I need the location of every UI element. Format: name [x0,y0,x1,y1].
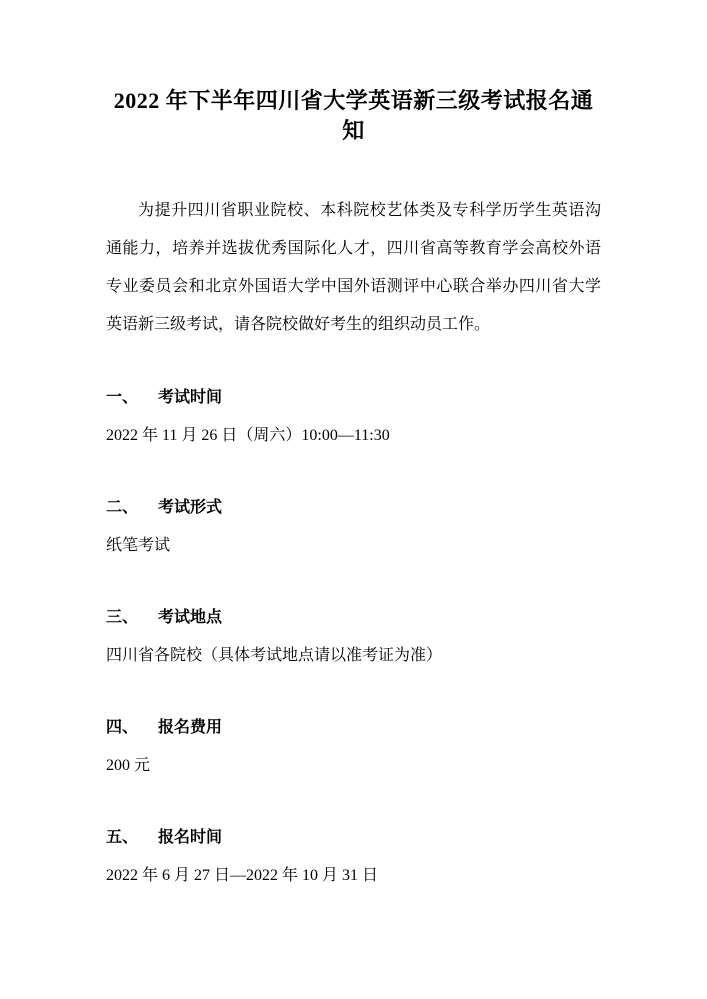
section-label: 考试地点 [158,608,222,628]
section-content: 2022 年 11 月 26 日（周六）10:00—11:30 [106,426,601,446]
section-heading: 四、 报名费用 [106,718,601,738]
section-heading: 五、 报名时间 [106,828,601,848]
section-label: 考试时间 [158,388,222,408]
section-heading: 三、 考试地点 [106,608,601,628]
section-exam-time: 一、 考试时间 2022 年 11 月 26 日（周六）10:00—11:30 [106,388,601,446]
section-content: 四川省各院校（具体考试地点请以准考证为准） [106,646,601,666]
section-heading: 一、 考试时间 [106,388,601,408]
section-exam-format: 二、 考试形式 纸笔考试 [106,498,601,556]
document-page: 2022 年下半年四川省大学英语新三级考试报名通知 为提升四川省职业院校、本科院… [0,0,707,999]
section-registration-time: 五、 报名时间 2022 年 6 月 27 日—2022 年 10 月 31 日 [106,828,601,886]
section-label: 报名费用 [158,718,222,738]
section-number: 三、 [106,608,158,628]
section-content: 2022 年 6 月 27 日—2022 年 10 月 31 日 [106,866,601,886]
section-number: 四、 [106,718,158,738]
section-heading: 二、 考试形式 [106,498,601,518]
intro-paragraph: 为提升四川省职业院校、本科院校艺体类及专科学历学生英语沟通能力，培养并选拔优秀国… [106,192,601,344]
section-number: 二、 [106,498,158,518]
section-content: 200 元 [106,756,601,776]
section-exam-location: 三、 考试地点 四川省各院校（具体考试地点请以准考证为准） [106,608,601,666]
section-registration-fee: 四、 报名费用 200 元 [106,718,601,776]
section-label: 报名时间 [158,828,222,848]
section-number: 一、 [106,388,158,408]
document-title: 2022 年下半年四川省大学英语新三级考试报名通知 [106,0,601,146]
section-content: 纸笔考试 [106,536,601,556]
section-label: 考试形式 [158,498,222,518]
section-number: 五、 [106,828,158,848]
